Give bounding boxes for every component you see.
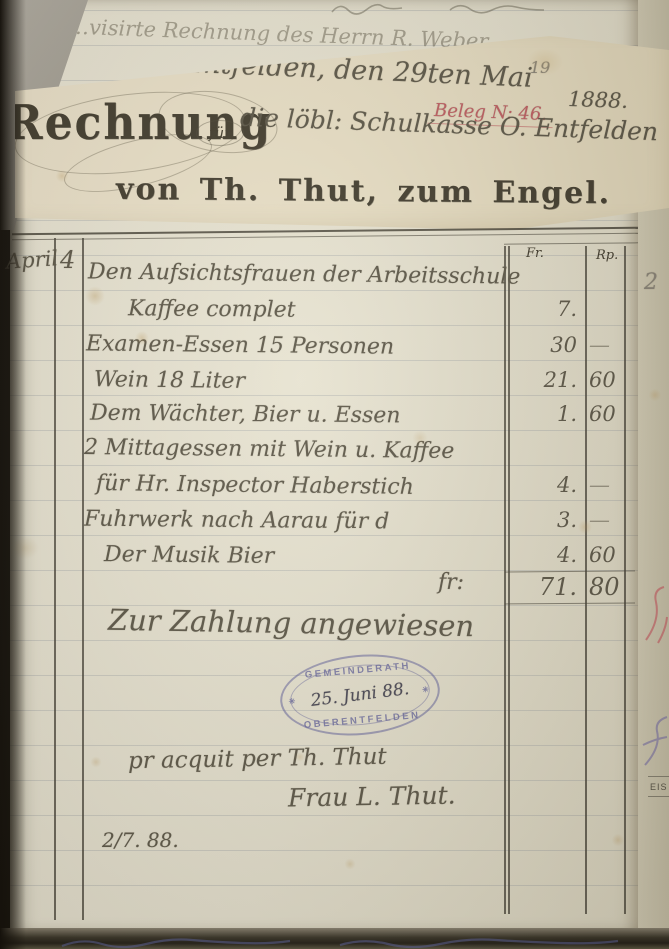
invoice-issuer: von Th. Thut, zum Engel. (116, 172, 611, 211)
ledger-photo: …visirte Rechnung des Herrn R. Weber Ob:… (0, 0, 669, 949)
amount-francs: 3. (506, 508, 582, 532)
table-row: Fuhrwerk nach Aarau für d (84, 507, 390, 535)
adjacent-page-rule (648, 796, 669, 797)
amount-rappen: — (589, 508, 623, 532)
table-row: Den Aufsichtsfrauen der Arbeitsschule (88, 259, 521, 289)
receipt-acknowledgement: pr acquit per Th. Thut (128, 744, 387, 775)
amount-francs: 4. (506, 473, 582, 497)
table-row: Der Musik Bier (104, 542, 275, 569)
purple-handwriting-fragment (641, 705, 669, 770)
column-line-day-left (54, 238, 56, 920)
amount-francs: 7. (506, 297, 582, 321)
illegible-handwriting-fragment (330, 0, 570, 18)
pencil-page-number: 19 (530, 58, 550, 77)
amount-rappen: — (589, 473, 623, 497)
book-gutter-shadow (0, 0, 26, 949)
column-line-amount-right (624, 246, 626, 914)
column-line-fr-rp (585, 246, 587, 914)
table-row: Wein 18 Liter (94, 367, 245, 394)
total-francs: 71. (506, 573, 582, 601)
table-row: für Hr. Inspector Haberstich (96, 471, 414, 500)
payment-authorization-note: Zur Zahlung angewiesen (108, 603, 475, 643)
amount-rappen: — (589, 333, 623, 357)
amount-rappen: 60 (589, 543, 623, 567)
amount-francs: 30 (506, 333, 582, 357)
total-label: fr: (438, 570, 464, 595)
invoice-year: 1888. (568, 87, 629, 113)
amount-rappen: 60 (589, 368, 623, 392)
entry-day: 4 (60, 246, 75, 274)
table-row: Examen-Essen 15 Personen (86, 331, 394, 359)
payment-date-note: 2/7. 88. (102, 828, 179, 852)
table-row: Dem Wächter, Bier u. Essen (90, 401, 401, 429)
signature: Frau L. Thut. (288, 781, 456, 813)
adjacent-page-rule (648, 776, 669, 777)
amount-rappen: 60 (589, 402, 623, 426)
table-row: Kaffee complet (128, 296, 296, 322)
total-rappen: 80 (589, 573, 623, 601)
amount-francs: 21. (506, 368, 582, 392)
amount-francs: 1. (506, 402, 582, 426)
column-line-day-right (82, 238, 84, 920)
red-handwriting-fragment (640, 585, 669, 645)
adjacent-page-number: 2 (644, 270, 658, 295)
column-header-rappen: Rp. (596, 248, 618, 263)
amount-francs: 4. (506, 543, 582, 567)
table-row: 2 Mittagessen mit Wein u. Kaffee (84, 435, 455, 464)
next-page-handwriting-fragment (60, 936, 669, 949)
invoice-preposition: für (196, 120, 244, 146)
adjacent-page-print-fragment: EIS (650, 782, 668, 792)
column-header-francs: Fr. (526, 246, 544, 261)
